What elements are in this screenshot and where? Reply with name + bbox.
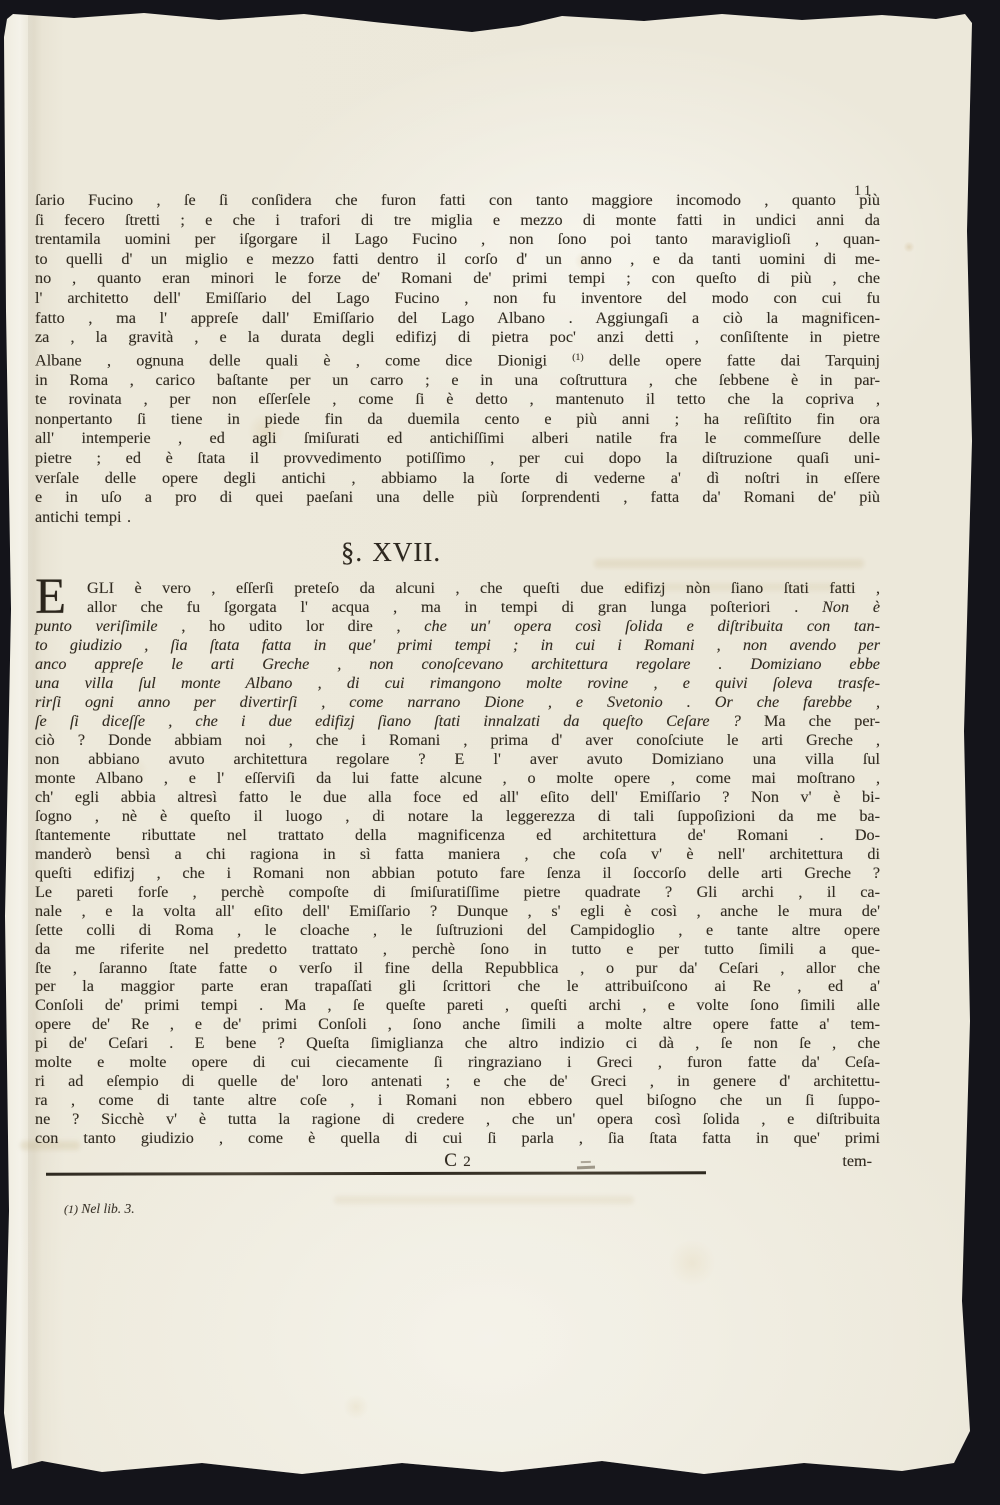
text-line: antichi tempi . (35, 508, 880, 528)
text-segment: (1) (572, 352, 583, 363)
text-line: una villa ſul monte Albano , di cui rima… (35, 674, 880, 693)
text-segment: allor che fu ſgorgata l' acqua , ma in t… (87, 598, 822, 616)
catchword: tem- (842, 1150, 872, 1172)
text-line: allor che fu ſgorgata l' acqua , ma in t… (35, 598, 880, 617)
text-segment: to quelli d' un miglio e mezzo fatti den… (35, 250, 880, 268)
paragraph-section-17: E GLI è vero , eſſerſi preteſo da alcuni… (35, 579, 880, 1148)
text-line: trentamila uomini per iſgorgare il Lago … (35, 230, 880, 250)
text-segment: antichi tempi . (35, 508, 131, 526)
text-segment: Conſoli de' primi tempi . Ma , ſe queſte… (35, 996, 880, 1014)
text-segment: Le pareti forſe , perchè compoſte di ſmi… (35, 883, 880, 901)
text-line: l' architetto dell' Emiſſario del Lago F… (35, 289, 880, 309)
ink-mark (577, 1166, 595, 1170)
text-line: rirſi ogni anno per divertirſi , come na… (35, 693, 880, 712)
text-block: ſario Fucino , ſe ſi conſidera che furon… (35, 191, 880, 1174)
text-segment: anco appreſe le arti Greche , non conoſc… (35, 655, 880, 673)
text-segment: GLI è vero , eſſerſi preteſo da alcuni ,… (87, 579, 880, 597)
text-segment: che un' opera così ſolida e diſtribuita … (424, 617, 880, 635)
text-line: ra , come di tante altre coſe , i Romani… (35, 1091, 880, 1110)
text-segment: all' intemperie , ed agli ſmiſurati ed a… (35, 429, 880, 447)
text-segment: za , la gravità , e la durata degli edif… (35, 328, 880, 346)
text-line: all' intemperie , ed agli ſmiſurati ed a… (35, 429, 880, 449)
footnote-marker: (1) (64, 1202, 78, 1216)
text-segment: ſi fecero ſtretti ; e che i trafori di t… (35, 211, 880, 229)
text-segment: ne ? Sicchè v' è tutta la ragione di cre… (35, 1110, 880, 1128)
text-line: ſette colli di Roma , le cloache , le ſu… (35, 921, 880, 940)
text-segment: ri ad eſempio di quelle de' loro antenat… (35, 1072, 880, 1090)
text-line: ſario Fucino , ſe ſi conſidera che furon… (35, 191, 880, 211)
text-segment: ſario Fucino , ſe ſi conſidera che furon… (35, 191, 880, 209)
text-segment: monte Albano , e l' eſſerviſi da lui fat… (35, 769, 880, 787)
text-line: ſtantemente ributtate nel trattato della… (35, 826, 880, 845)
text-segment: una villa ſul monte Albano , di cui rima… (35, 674, 880, 692)
text-line: queſti edifizj , che i Romani non abbian… (35, 864, 880, 883)
text-line: ciò ? Donde abbiam noi , che i Romani , … (35, 731, 880, 750)
text-line: te rovinata , per non eſſerſele , come ſ… (35, 390, 880, 410)
text-line: to giudizio , ſia ſtata fatta in que' pr… (35, 636, 880, 655)
text-segment: con tanto giudizio , come è quella di cu… (35, 1129, 880, 1147)
text-line: Le pareti forſe , perchè compoſte di ſmi… (35, 883, 880, 902)
text-segment: Albane , ognuna delle quali è , come dic… (35, 351, 572, 369)
text-segment: Non è (822, 598, 880, 616)
drop-cap-initial: E (35, 576, 66, 618)
text-line: za , la gravità , e la durata degli edif… (35, 328, 880, 348)
footnote-rule (46, 1171, 706, 1175)
text-line: fatto , ma l' appreſe dall' Emiſſario de… (35, 309, 880, 329)
text-line: ch' egli abbia altresì fatto le due alla… (35, 788, 880, 807)
text-segment: to giudizio , ſia ſtata fatta in que' pr… (35, 636, 880, 654)
text-line: Albane , ognuna delle quali è , come dic… (35, 348, 880, 371)
text-segment: manderò bensì a chi ragiona in sì fatta … (35, 845, 880, 863)
bleed-through-smudge (334, 1196, 634, 1204)
text-segment: molte e molte opere di cui ciecamente ſi… (35, 1053, 880, 1071)
text-line: no , quanto eran minori le forze de' Rom… (35, 269, 880, 289)
text-line: to quelli d' un miglio e mezzo fatti den… (35, 250, 880, 270)
signature-line: C 2 tem- (35, 1150, 880, 1174)
scan-backdrop: 11 ſario Fucino , ſe ſi conſidera che fu… (0, 0, 1000, 1505)
text-segment: ch' egli abbia altresì fatto le due alla… (35, 788, 880, 806)
text-line: nonpertanto ſi tiene in piede fin da due… (35, 410, 880, 430)
text-segment: ſogno , nè è queſto il luogo , di notare… (35, 807, 880, 825)
text-segment: l' architetto dell' Emiſſario del Lago F… (35, 289, 880, 307)
paper-sheet: 11 ſario Fucino , ſe ſi conſidera che fu… (4, 11, 972, 1485)
text-line: non abbiano avuto architettura regolare … (35, 750, 880, 769)
text-line: con tanto giudizio , come è quella di cu… (35, 1129, 880, 1148)
text-line: in Roma , carico baſtante per un carro ;… (35, 371, 880, 391)
text-segment: ſte , ſaranno ſtate fatte o verſo il fin… (35, 959, 880, 977)
text-segment: Ma che per- (764, 712, 880, 730)
text-line: ſte , ſaranno ſtate fatte o verſo il fin… (35, 959, 880, 978)
footnote: (1) Nel lib. 3. (64, 1201, 135, 1217)
text-segment: pietre ; ed è ſtata il provvedimento pot… (35, 449, 880, 467)
text-line: Conſoli de' primi tempi . Ma , ſe queſte… (35, 996, 880, 1015)
text-segment: rirſi ogni anno per divertirſi , come na… (35, 693, 880, 711)
text-line: per la maggior parte eran trapaſſati gli… (35, 977, 880, 996)
signature-number: 2 (463, 1154, 471, 1170)
text-line: e in uſo a pro di quei paeſani una delle… (35, 488, 880, 508)
text-segment: ra , come di tante altre coſe , i Romani… (35, 1091, 880, 1109)
signature-letter: C (444, 1150, 457, 1171)
text-segment: pi de' Ceſari . E bene ? Queſta ſimiglia… (35, 1034, 880, 1052)
text-segment: ſe ſi diceſſe , che i due edifizj ſiano … (35, 712, 764, 730)
text-segment: , ho udito lor dire , (158, 617, 425, 635)
text-segment: da me riferite nel predetto trattato , p… (35, 940, 880, 958)
text-line: anco appreſe le arti Greche , non conoſc… (35, 655, 880, 674)
text-line: da me riferite nel predetto trattato , p… (35, 940, 880, 959)
text-line: verſale delle opere degli antichi , abbi… (35, 469, 880, 489)
text-segment: nale , e la volta all' eſito dell' Emiſſ… (35, 902, 880, 920)
text-line: pi de' Ceſari . E bene ? Queſta ſimiglia… (35, 1034, 880, 1053)
text-line: manderò bensì a chi ragiona in sì fatta … (35, 845, 880, 864)
text-line: ri ad eſempio di quelle de' loro antenat… (35, 1072, 880, 1091)
gathering-signature: C 2 (35, 1150, 880, 1173)
text-segment: verſale delle opere degli antichi , abbi… (35, 469, 880, 487)
text-segment: opere de' Re , e de' primi Conſoli , ſon… (35, 1015, 880, 1033)
text-line: opere de' Re , e de' primi Conſoli , ſon… (35, 1015, 880, 1034)
text-segment: ſette colli di Roma , le cloache , le ſu… (35, 921, 880, 939)
footnote-text: Nel lib. 3. (81, 1201, 134, 1216)
text-line: punto veriſimile , ho udito lor dire , c… (35, 617, 880, 636)
text-segment: nonpertanto ſi tiene in piede fin da due… (35, 410, 880, 428)
text-segment: delle opere fatte dai Tarquinj (584, 351, 880, 369)
text-line: nale , e la volta all' eſito dell' Emiſſ… (35, 902, 880, 921)
text-segment: trentamila uomini per iſgorgare il Lago … (35, 230, 880, 248)
text-segment: per la maggior parte eran trapaſſati gli… (35, 977, 880, 995)
text-segment: no , quanto eran minori le forze de' Rom… (35, 269, 880, 287)
text-segment: queſti edifizj , che i Romani non abbian… (35, 864, 880, 882)
section-heading: §. XVII. (35, 535, 880, 569)
text-segment: ciò ? Donde abbiam noi , che i Romani , … (35, 731, 880, 749)
text-line: molte e molte opere di cui ciecamente ſi… (35, 1053, 880, 1072)
paragraph-continuation: ſario Fucino , ſe ſi conſidera che furon… (35, 191, 880, 527)
text-segment: te rovinata , per non eſſerſele , come ſ… (35, 390, 880, 408)
text-line: pietre ; ed è ſtata il provvedimento pot… (35, 449, 880, 469)
text-line: GLI è vero , eſſerſi preteſo da alcuni ,… (35, 579, 880, 598)
text-line: ne ? Sicchè v' è tutta la ragione di cre… (35, 1110, 880, 1129)
text-line: ſe ſi diceſſe , che i due edifizj ſiano … (35, 712, 880, 731)
text-line: monte Albano , e l' eſſerviſi da lui fat… (35, 769, 880, 788)
text-line: ſi fecero ſtretti ; e che i trafori di t… (35, 211, 880, 231)
text-segment: e in uſo a pro di quei paeſani una delle… (35, 488, 880, 506)
text-segment: in Roma , carico baſtante per un carro ;… (35, 371, 880, 389)
text-line: ſogno , nè è queſto il luogo , di notare… (35, 807, 880, 826)
text-segment: fatto , ma l' appreſe dall' Emiſſario de… (35, 309, 880, 327)
text-segment: ſtantemente ributtate nel trattato della… (35, 826, 880, 844)
text-segment: non abbiano avuto architettura regolare … (35, 750, 880, 768)
